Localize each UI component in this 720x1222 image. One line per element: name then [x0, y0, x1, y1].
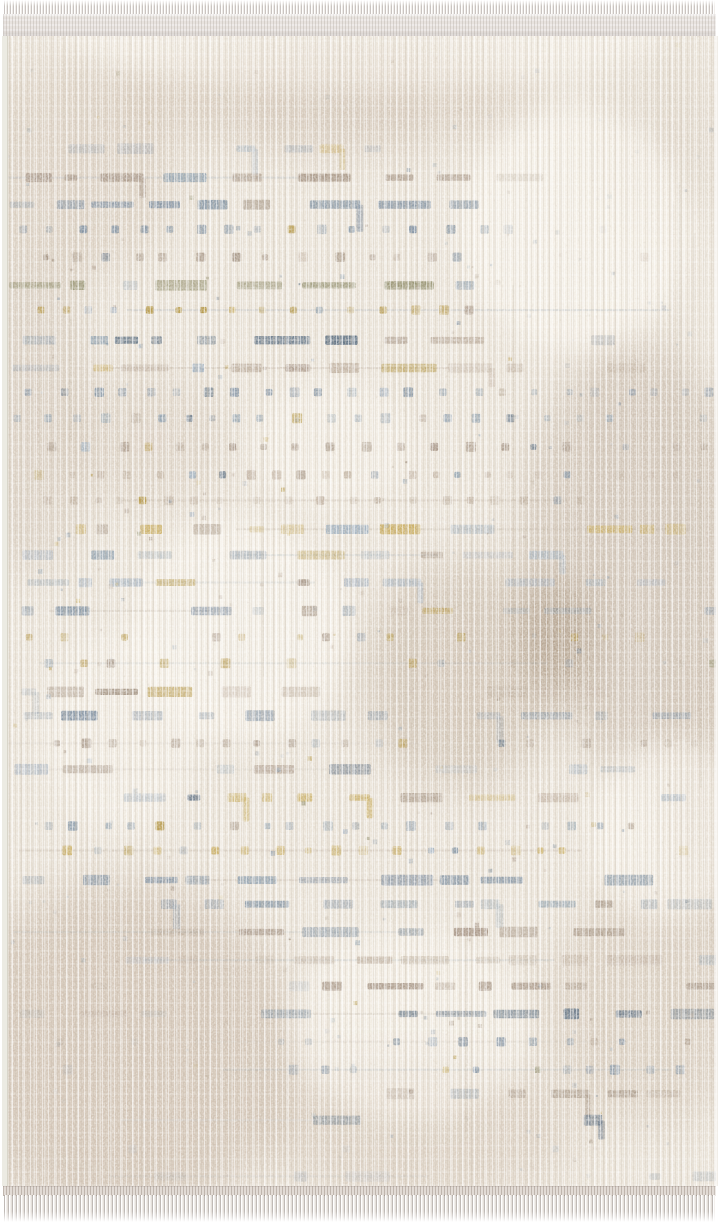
rug-selvedge-left	[0, 36, 9, 1186]
rug-pattern-svg	[0, 0, 720, 1222]
rug-pile	[0, 36, 720, 1186]
photo-background-edge	[714, 0, 720, 1222]
rug-photo	[0, 0, 720, 1222]
rug-fringe-bottom	[4, 1195, 715, 1222]
